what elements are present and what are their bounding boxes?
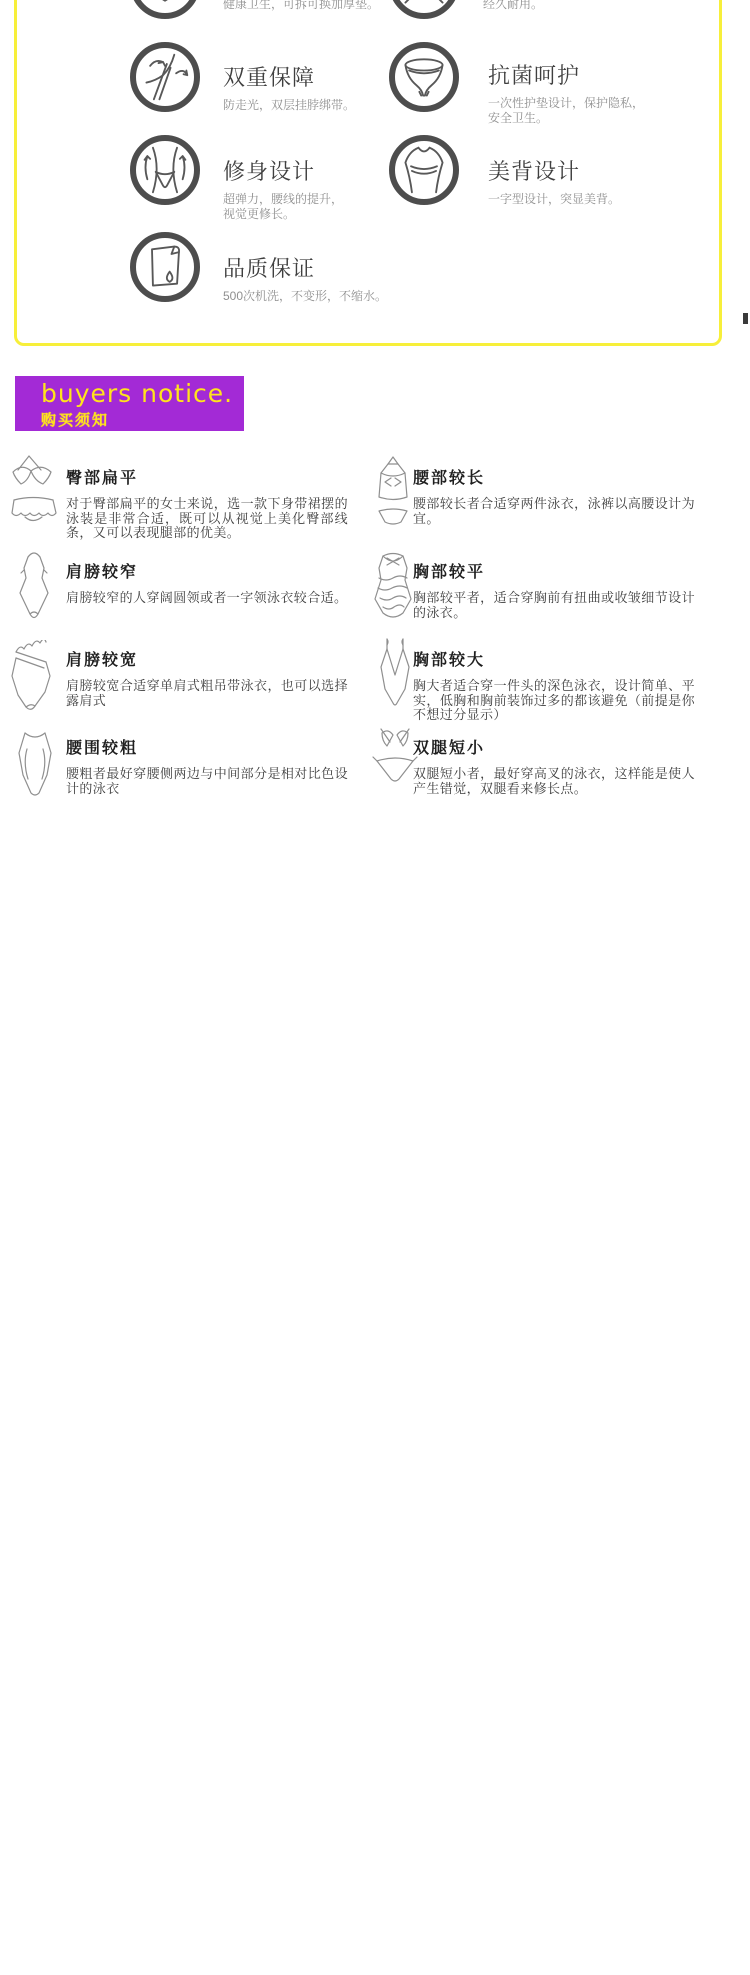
back-view-icon — [389, 135, 459, 205]
banner-title-en: buyers notice. — [41, 381, 244, 407]
tankini-icon — [373, 455, 413, 540]
feature-partial-left: 健康卫生，可拆可换加厚垫。 — [223, 0, 379, 12]
double-strap-icon — [130, 42, 200, 112]
feature-title: 美背设计 — [488, 155, 620, 186]
ruched-swimsuit-icon — [371, 551, 415, 628]
notice-item: 双腿短小 双腿短小者，最好穿高叉的泳衣，这样能是使人产生错觉，双腿看来修长点。 — [413, 735, 695, 796]
notice-desc: 腰粗者最好穿腰侧两边与中间部分是相对比色设计的泳衣 — [66, 767, 348, 796]
notice-desc: 胸部较平者，适合穿胸前有扭曲或收皱细节设计的泳衣。 — [413, 591, 695, 620]
contrast-swimsuit-icon — [13, 727, 57, 806]
notice-desc: 肩膀较宽合适穿单肩式粗吊带泳衣，也可以选择露肩式 — [66, 679, 348, 708]
notice-title: 双腿短小 — [413, 735, 695, 758]
notice-desc: 腰部较长者合适穿两件泳衣，泳裤以高腰设计为宜。 — [413, 497, 695, 526]
notice-title: 胸部较大 — [413, 647, 695, 670]
notice-item: 腰部较长 腰部较长者合适穿两件泳衣，泳裤以高腰设计为宜。 — [413, 465, 695, 526]
notice-item: 肩膀较窄 肩膀较窄的人穿阔圆领或者一字领泳衣较合适。 — [66, 559, 348, 606]
feature-item: 美背设计 一字型设计，突显美背。 — [488, 155, 620, 207]
feature-desc: 一字型设计，突显美背。 — [488, 192, 620, 207]
deep-v-swimsuit-icon — [373, 637, 415, 718]
feature-item: 抗菌呵护 一次性护垫设计，保护隐私， 安全卫生。 — [488, 59, 644, 126]
feature-desc: 防走光，双层挂脖绑带。 — [223, 98, 355, 113]
notice-desc: 双腿短小者，最好穿高叉的泳衣，这样能是使人产生错觉，双腿看来修长点。 — [413, 767, 695, 796]
notice-title: 肩膀较窄 — [66, 559, 348, 582]
high-cut-bikini-icon — [371, 727, 419, 796]
briefs-icon — [389, 42, 459, 112]
feature-partial-right: 经久耐用。 — [483, 0, 543, 12]
notice-item: 臀部扁平 对于臀部扁平的女士来说，选一款下身带裙摆的泳装是非常合适，既可以从视觉… — [66, 465, 348, 541]
product-detail-page: 健康卫生，可拆可换加厚垫。 经久耐用。 双重保障 防走光，双层挂脖绑带。 抗菌呵… — [0, 0, 750, 1975]
one-shoulder-swimsuit-icon — [8, 640, 56, 719]
feature-desc: 超弹力，腰线的提升， 视觉更修长。 — [223, 192, 343, 222]
notice-title: 腰围较粗 — [66, 735, 348, 758]
feature-title: 抗菌呵护 — [488, 59, 644, 90]
slim-body-icon — [130, 135, 200, 205]
page-edge-mark — [743, 313, 748, 324]
notice-desc: 胸大者适合穿一件头的深色泳衣，设计简单、平实，低胸和胸前装饰过多的都该避免（前提… — [413, 679, 695, 723]
notice-item: 胸部较大 胸大者适合穿一件头的深色泳衣，设计简单、平实，低胸和胸前装饰过多的都该… — [413, 647, 695, 723]
feature-title: 双重保障 — [223, 61, 355, 92]
feature-title: 品质保证 — [223, 252, 387, 283]
buyers-notice-banner: buyers notice. 购买须知 — [15, 376, 244, 431]
notice-desc: 对于臀部扁平的女士来说，选一款下身带裙摆的泳装是非常合适，既可以从视觉上美化臀部… — [66, 497, 348, 541]
notice-item: 腰围较粗 腰粗者最好穿腰侧两边与中间部分是相对比色设计的泳衣 — [66, 735, 348, 796]
feature-desc: 500次机洗，不变形，不缩水。 — [223, 289, 387, 304]
feature-title: 修身设计 — [223, 155, 343, 186]
notice-title: 胸部较平 — [413, 559, 695, 582]
notice-desc: 肩膀较窄的人穿阔圆领或者一字领泳衣较合适。 — [66, 591, 348, 606]
feature-item: 双重保障 防走光，双层挂脖绑带。 — [223, 61, 355, 113]
feature-desc: 一次性护垫设计，保护隐私， 安全卫生。 — [488, 96, 644, 126]
notice-item: 胸部较平 胸部较平者，适合穿胸前有扭曲或收皱细节设计的泳衣。 — [413, 559, 695, 620]
fabric-quality-icon — [130, 232, 200, 302]
feature-desc: 健康卫生，可拆可换加厚垫。 — [223, 0, 379, 12]
notice-title: 腰部较长 — [413, 465, 695, 488]
notice-title: 臀部扁平 — [66, 465, 348, 488]
notice-item: 肩膀较宽 肩膀较宽合适穿单肩式粗吊带泳衣，也可以选择露肩式 — [66, 647, 348, 708]
feature-item: 品质保证 500次机洗，不变形，不缩水。 — [223, 252, 387, 304]
banner-title-cn: 购买须知 — [41, 409, 244, 430]
feature-item: 修身设计 超弹力，腰线的提升， 视觉更修长。 — [223, 155, 343, 222]
bikini-skirt-icon — [8, 454, 60, 539]
feature-desc: 经久耐用。 — [483, 0, 543, 12]
notice-title: 肩膀较宽 — [66, 647, 348, 670]
halter-swimsuit-icon — [12, 548, 56, 629]
